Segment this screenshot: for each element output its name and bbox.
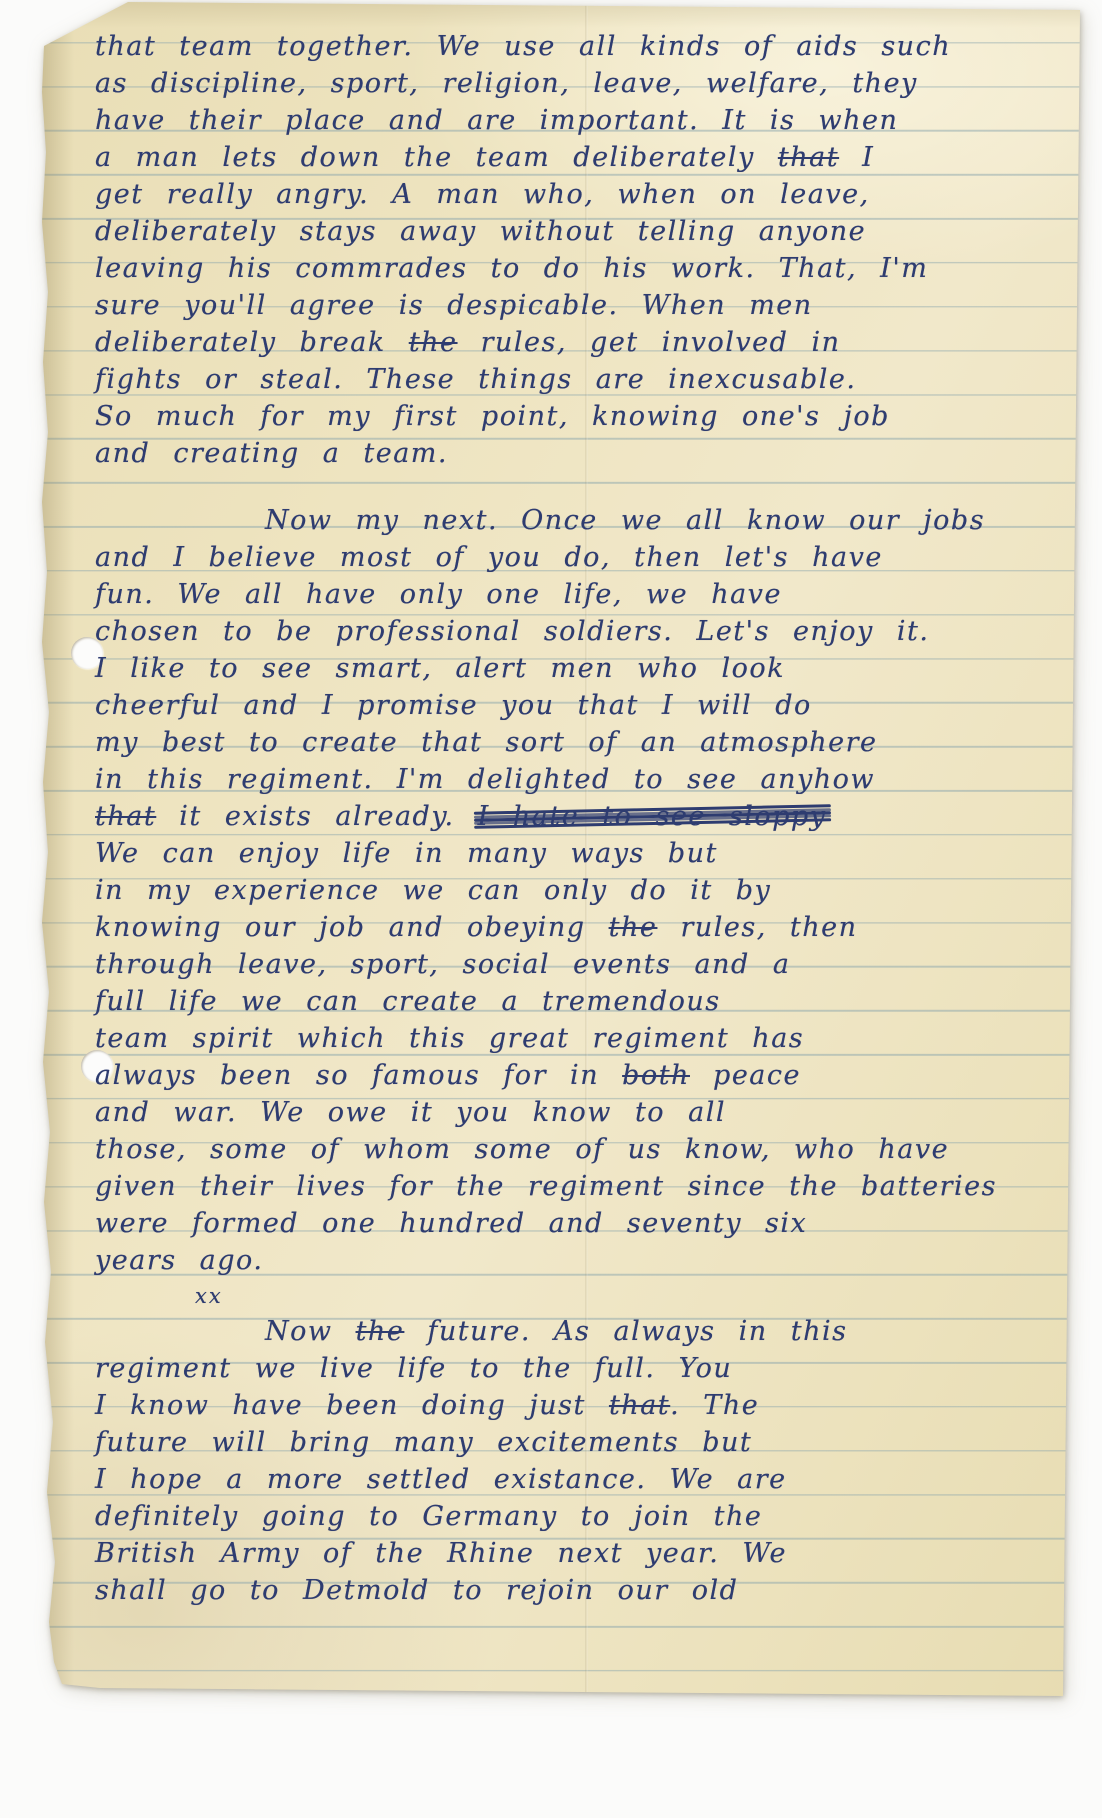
handwritten-line: sure you'll agree is despicable. When me… bbox=[95, 287, 1070, 324]
handwritten-line: full life we can create a tremendous bbox=[95, 983, 1070, 1020]
handwritten-line: So much for my first point, knowing one'… bbox=[95, 398, 1070, 435]
struck-through-word: that bbox=[95, 801, 156, 832]
handwritten-line: shall go to Detmold to rejoin our old bbox=[95, 1572, 1070, 1609]
handwriting-segment: and creating a team. bbox=[95, 438, 448, 469]
handwritten-line: chosen to be professional soldiers. Let'… bbox=[95, 613, 1070, 650]
handwritten-line: Now the future. As always in this bbox=[95, 1313, 1070, 1350]
handwriting-segment: fun. We all have only one life, we have bbox=[95, 579, 782, 610]
handwritten-line: a man lets down the team deliberately th… bbox=[95, 139, 1070, 176]
handwriting-segment: were formed one hundred and seventy six bbox=[95, 1208, 807, 1239]
handwriting-segment: future will bring many excitements but bbox=[95, 1427, 752, 1458]
handwritten-line: that it exists already. I hate to see sl… bbox=[95, 798, 1070, 835]
handwritten-line: those, some of whom some of us know, who… bbox=[95, 1131, 1070, 1168]
handwritten-line: in my experience we can only do it by bbox=[95, 872, 1070, 909]
handwriting-segment: fights or steal. These things are inexcu… bbox=[95, 364, 856, 395]
handwriting-segment: We can enjoy life in many ways but bbox=[95, 838, 718, 869]
handwriting-segment: peace bbox=[690, 1060, 801, 1091]
handwriting-segment: chosen to be professional soldiers. Let'… bbox=[95, 616, 929, 647]
handwriting-segment: through leave, sport, social events and … bbox=[95, 949, 791, 980]
handwriting-segment: I like to see smart, alert men who look bbox=[95, 653, 785, 684]
handwriting-segment: as discipline, sport, religion, leave, w… bbox=[95, 68, 918, 99]
paper-shadow-wrap: that team together. We use all kinds of … bbox=[0, 0, 1102, 1818]
handwriting-segment: I hope a more settled existance. We are bbox=[95, 1464, 787, 1495]
handwriting-segment: Now bbox=[265, 1316, 356, 1347]
handwriting-segment: regiment we live life to the full. You bbox=[95, 1353, 732, 1384]
torn-edge-shading bbox=[40, 2, 74, 1696]
handwriting-segment: a man lets down the team deliberately bbox=[95, 142, 778, 173]
handwritten-line: that team together. We use all kinds of … bbox=[95, 28, 1070, 65]
handwriting-segment: knowing our job and obeying bbox=[95, 912, 609, 943]
handwriting-segment: always been so famous for in bbox=[95, 1060, 622, 1091]
handwritten-line: years ago. bbox=[95, 1242, 1070, 1279]
handwriting-segment: xx bbox=[195, 1284, 223, 1308]
notebook-page: that team together. We use all kinds of … bbox=[40, 2, 1082, 1696]
struck-through-word: the bbox=[356, 1316, 405, 1347]
handwritten-line: regiment we live life to the full. You bbox=[95, 1350, 1070, 1387]
handwritten-line: knowing our job and obeying the rules, t… bbox=[95, 909, 1070, 946]
handwritten-line: British Army of the Rhine next year. We bbox=[95, 1535, 1070, 1572]
struck-through-word: that bbox=[778, 142, 839, 173]
handwriting-segment: team spirit which this great regiment ha… bbox=[95, 1023, 804, 1054]
handwriting-segment: leaving his commrades to do his work. Th… bbox=[95, 253, 928, 284]
handwriting-segment: in this regiment. I'm delighted to see a… bbox=[95, 764, 875, 795]
handwritten-line: and I believe most of you do, then let's… bbox=[95, 539, 1070, 576]
handwritten-line: cheerful and I promise you that I will d… bbox=[95, 687, 1070, 724]
handwriting-segment: get really angry. A man who, when on lea… bbox=[95, 179, 870, 210]
top-edge-shading bbox=[40, 2, 1082, 28]
handwritten-line: I know have been doing just that. The bbox=[95, 1387, 1070, 1424]
handwriting-segment: Now my next. Once we all know our jobs bbox=[265, 505, 985, 536]
handwritten-line: my best to create that sort of an atmosp… bbox=[95, 724, 1070, 761]
handwritten-line: fights or steal. These things are inexcu… bbox=[95, 361, 1070, 398]
insertion-mark: xx bbox=[95, 1279, 1070, 1313]
scanned-letter-page: that team together. We use all kinds of … bbox=[0, 0, 1102, 1818]
handwritten-line: future will bring many excitements but bbox=[95, 1424, 1070, 1461]
handwritten-line: always been so famous for in both peace bbox=[95, 1057, 1070, 1094]
handwritten-line: deliberately stays away without telling … bbox=[95, 213, 1070, 250]
handwriting-segment: those, some of whom some of us know, who… bbox=[95, 1134, 949, 1165]
handwritten-text: that team together. We use all kinds of … bbox=[95, 28, 1070, 1609]
struck-through-word: the bbox=[409, 327, 458, 358]
handwriting-segment: that team together. We use all kinds of … bbox=[95, 31, 951, 62]
handwritten-line: I hope a more settled existance. We are bbox=[95, 1461, 1070, 1498]
handwriting-segment: shall go to Detmold to rejoin our old bbox=[95, 1575, 738, 1606]
handwriting-segment: my best to create that sort of an atmosp… bbox=[95, 727, 878, 758]
handwritten-line: and creating a team. bbox=[95, 435, 1070, 472]
handwritten-line: have their place and are important. It i… bbox=[95, 102, 1070, 139]
handwriting-segment: full life we can create a tremendous bbox=[95, 986, 721, 1017]
handwritten-line: definitely going to Germany to join the bbox=[95, 1498, 1070, 1535]
handwritten-line: We can enjoy life in many ways but bbox=[95, 835, 1070, 872]
handwriting-segment: sure you'll agree is despicable. When me… bbox=[95, 290, 813, 321]
scribbled-out-text: I hate to see sloppy bbox=[478, 798, 827, 835]
handwriting-segment: definitely going to Germany to join the bbox=[95, 1501, 762, 1532]
handwriting-segment: years ago. bbox=[95, 1245, 263, 1276]
struck-through-word: the bbox=[609, 912, 658, 943]
handwritten-line: through leave, sport, social events and … bbox=[95, 946, 1070, 983]
handwriting-segment: in my experience we can only do it by bbox=[95, 875, 771, 906]
handwritten-line: Now my next. Once we all know our jobs bbox=[95, 502, 1070, 539]
handwritten-line: as discipline, sport, religion, leave, w… bbox=[95, 65, 1070, 102]
handwritten-line: deliberately break the rules, get involv… bbox=[95, 324, 1070, 361]
handwriting-segment: rules, then bbox=[657, 912, 857, 943]
struck-through-word: both bbox=[622, 1060, 690, 1091]
handwriting-segment: British Army of the Rhine next year. We bbox=[95, 1538, 787, 1569]
handwritten-line: I like to see smart, alert men who look bbox=[95, 650, 1070, 687]
handwriting-segment: rules, get involved in bbox=[458, 327, 841, 358]
handwriting-segment: I bbox=[839, 142, 874, 173]
handwritten-line: get really angry. A man who, when on lea… bbox=[95, 176, 1070, 213]
handwriting-segment: deliberately break bbox=[95, 327, 409, 358]
handwriting-segment: given their lives for the regiment since… bbox=[95, 1171, 997, 1202]
handwriting-segment: cheerful and I promise you that I will d… bbox=[95, 690, 812, 721]
handwriting-segment: I know have been doing just bbox=[95, 1390, 609, 1421]
handwritten-line: were formed one hundred and seventy six bbox=[95, 1205, 1070, 1242]
handwriting-segment: future. As always in this bbox=[404, 1316, 847, 1347]
handwritten-line: team spirit which this great regiment ha… bbox=[95, 1020, 1070, 1057]
handwritten-line: given their lives for the regiment since… bbox=[95, 1168, 1070, 1205]
handwritten-line: leaving his commrades to do his work. Th… bbox=[95, 250, 1070, 287]
struck-through-word: that bbox=[609, 1390, 670, 1421]
handwritten-line: in this regiment. I'm delighted to see a… bbox=[95, 761, 1070, 798]
handwritten-line: and war. We owe it you know to all bbox=[95, 1094, 1070, 1131]
handwriting-segment: deliberately stays away without telling … bbox=[95, 216, 866, 247]
handwriting-segment: So much for my first point, knowing one'… bbox=[95, 401, 890, 432]
handwriting-segment: it exists already. bbox=[156, 801, 477, 832]
handwriting-segment: have their place and are important. It i… bbox=[95, 105, 898, 136]
handwriting-segment: and I believe most of you do, then let's… bbox=[95, 542, 883, 573]
handwriting-segment: . The bbox=[670, 1390, 759, 1421]
handwriting-segment: and war. We owe it you know to all bbox=[95, 1097, 726, 1128]
handwritten-line: fun. We all have only one life, we have bbox=[95, 576, 1070, 613]
